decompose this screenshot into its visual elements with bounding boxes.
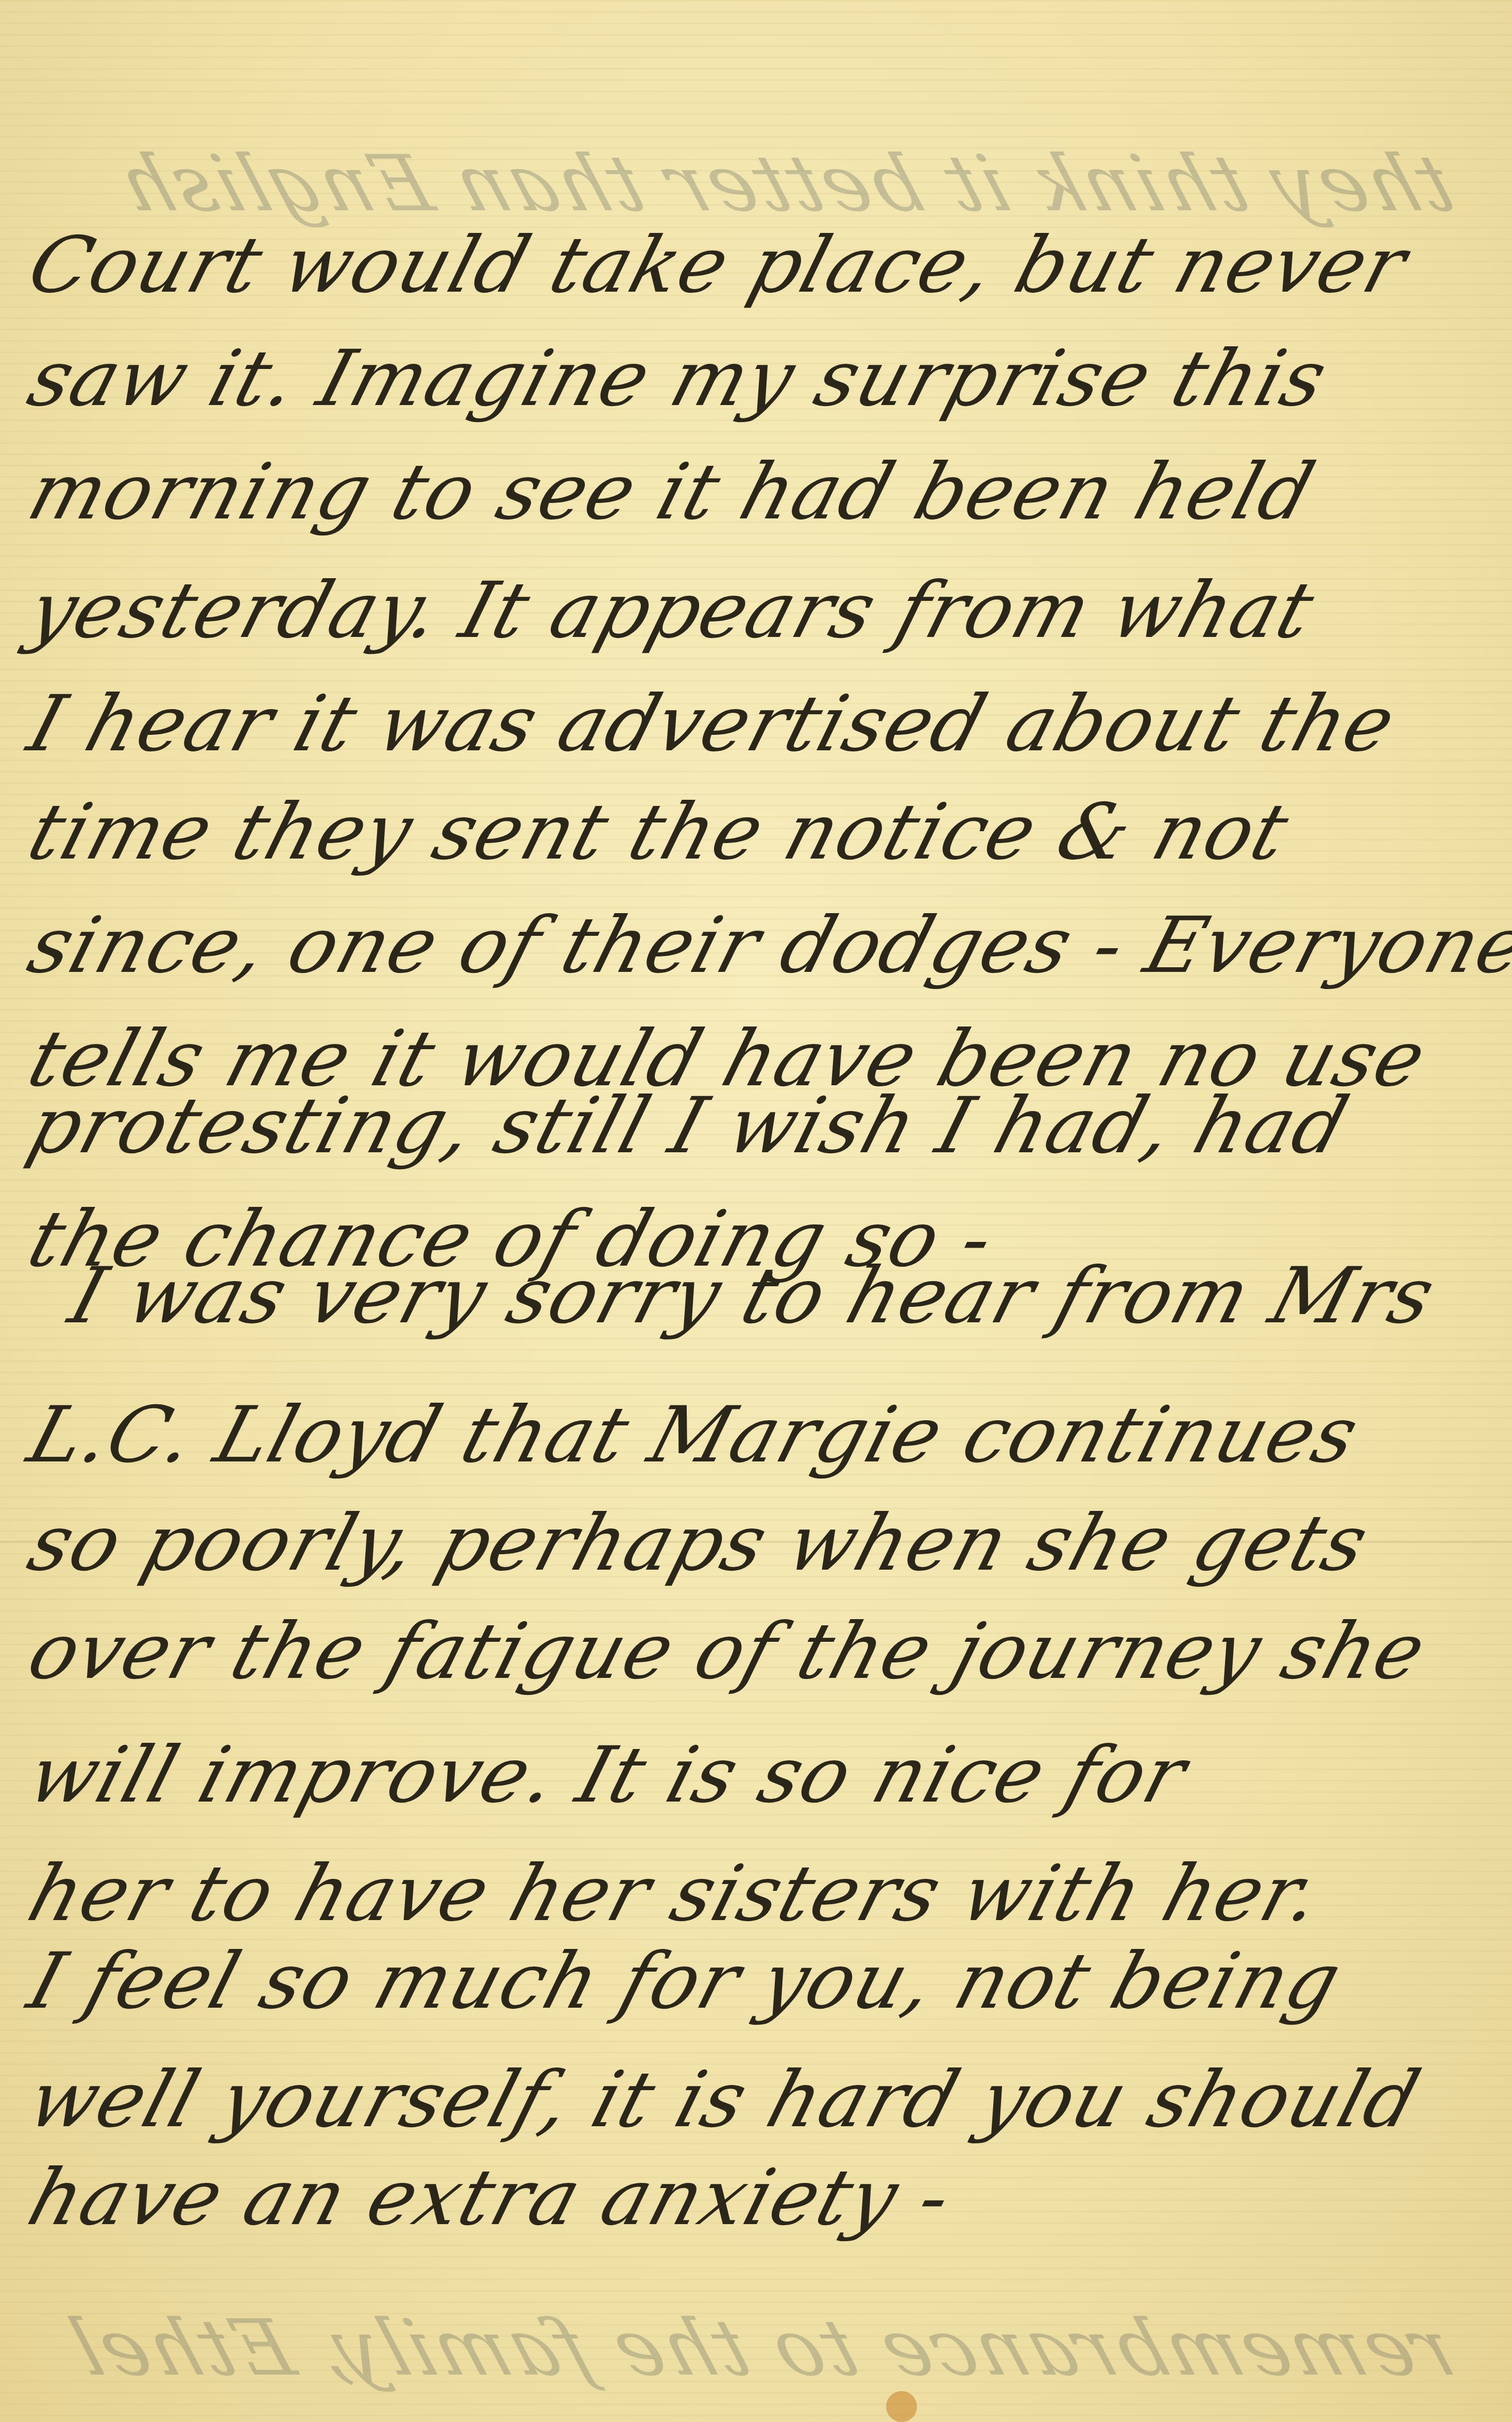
letter-line: over the fatigue of the journey she bbox=[21, 1613, 1434, 1690]
letter-line: time they sent the notice & not bbox=[21, 794, 1297, 871]
letter-line: will improve. It is so nice for bbox=[21, 1737, 1195, 1814]
letter-line: well yourself, it is hard you should bbox=[21, 2061, 1428, 2139]
letter-line: saw it. Imagine my surprise this bbox=[21, 340, 1335, 417]
letter-line: I feel so much for you, not being bbox=[21, 1943, 1349, 2020]
letter-line: morning to see it had been held bbox=[21, 453, 1323, 531]
bleed-line: they think it better than English bbox=[45, 139, 1465, 229]
ink-stain bbox=[886, 2391, 917, 2422]
letter-line: yesterday. It appears from what bbox=[21, 572, 1322, 649]
letter-line: have an extra anxiety - bbox=[21, 2159, 960, 2236]
letter-line: her to have her sisters with her. bbox=[21, 1855, 1330, 1932]
letter-line: since, one of their dodges - Everyone bbox=[21, 907, 1512, 984]
letter-line: Court would take place, but never bbox=[21, 227, 1415, 304]
letter-line: protesting, still I wish I had, had bbox=[21, 1087, 1356, 1165]
letter-line: I hear it was advertised about the bbox=[21, 685, 1404, 763]
letter-line: I was very sorry to hear from Mrs bbox=[62, 1257, 1443, 1335]
letter-page: they think it better than English rememb… bbox=[0, 0, 1512, 2422]
letter-line: so poorly, perhaps when she gets bbox=[21, 1505, 1377, 1582]
bleed-line: remembrance to the family, Ethel bbox=[45, 2303, 1465, 2393]
letter-line: L.C. Lloyd that Margie continues bbox=[21, 1397, 1367, 1474]
